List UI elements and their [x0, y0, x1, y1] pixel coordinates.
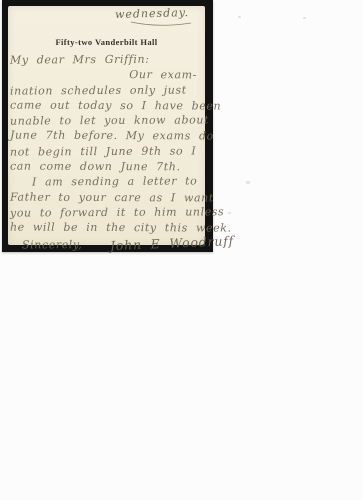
letter-body: My dear Mrs Griffin: Our exam- ination s… [10, 52, 200, 251]
dust-speck [228, 212, 231, 214]
letter-line: not begin till June 9th so I [10, 143, 200, 159]
dust-speck [238, 16, 241, 18]
letter-line: ination schedules only just [10, 82, 200, 98]
letter-line: I am sending a letter to [10, 174, 200, 190]
dust-speck [303, 17, 306, 19]
letter-line: came out today so I have been [10, 97, 200, 113]
letter-line: Our exam- [10, 67, 200, 83]
scanned-letter-page: wednesday. Fifty-two Vanderbilt Hall My … [0, 0, 363, 500]
date-underline-flourish [129, 19, 193, 29]
letter-line: unable to let you know about [10, 113, 200, 129]
letter-line: June 7th before. My exams do [10, 128, 200, 144]
letterhead: Fifty-two Vanderbilt Hall [8, 37, 205, 47]
letter-paper: wednesday. Fifty-two Vanderbilt Hall My … [8, 6, 205, 245]
signature: John E Woodruff [110, 233, 235, 253]
closing-row: Sincerely, John E Woodruff [10, 235, 200, 251]
dust-speck [246, 181, 250, 184]
salutation: My dear Mrs Griffin: [10, 51, 200, 67]
letter-line: can come down June 7th. [10, 159, 200, 175]
letter-line: you to forward it to him unless [10, 204, 200, 220]
black-mat: wednesday. Fifty-two Vanderbilt Hall My … [2, 0, 213, 252]
letter-line: he will be in the city this week. [10, 220, 200, 236]
letter-line: Father to your care as I want [10, 189, 200, 205]
closing: Sincerely, [22, 237, 82, 253]
